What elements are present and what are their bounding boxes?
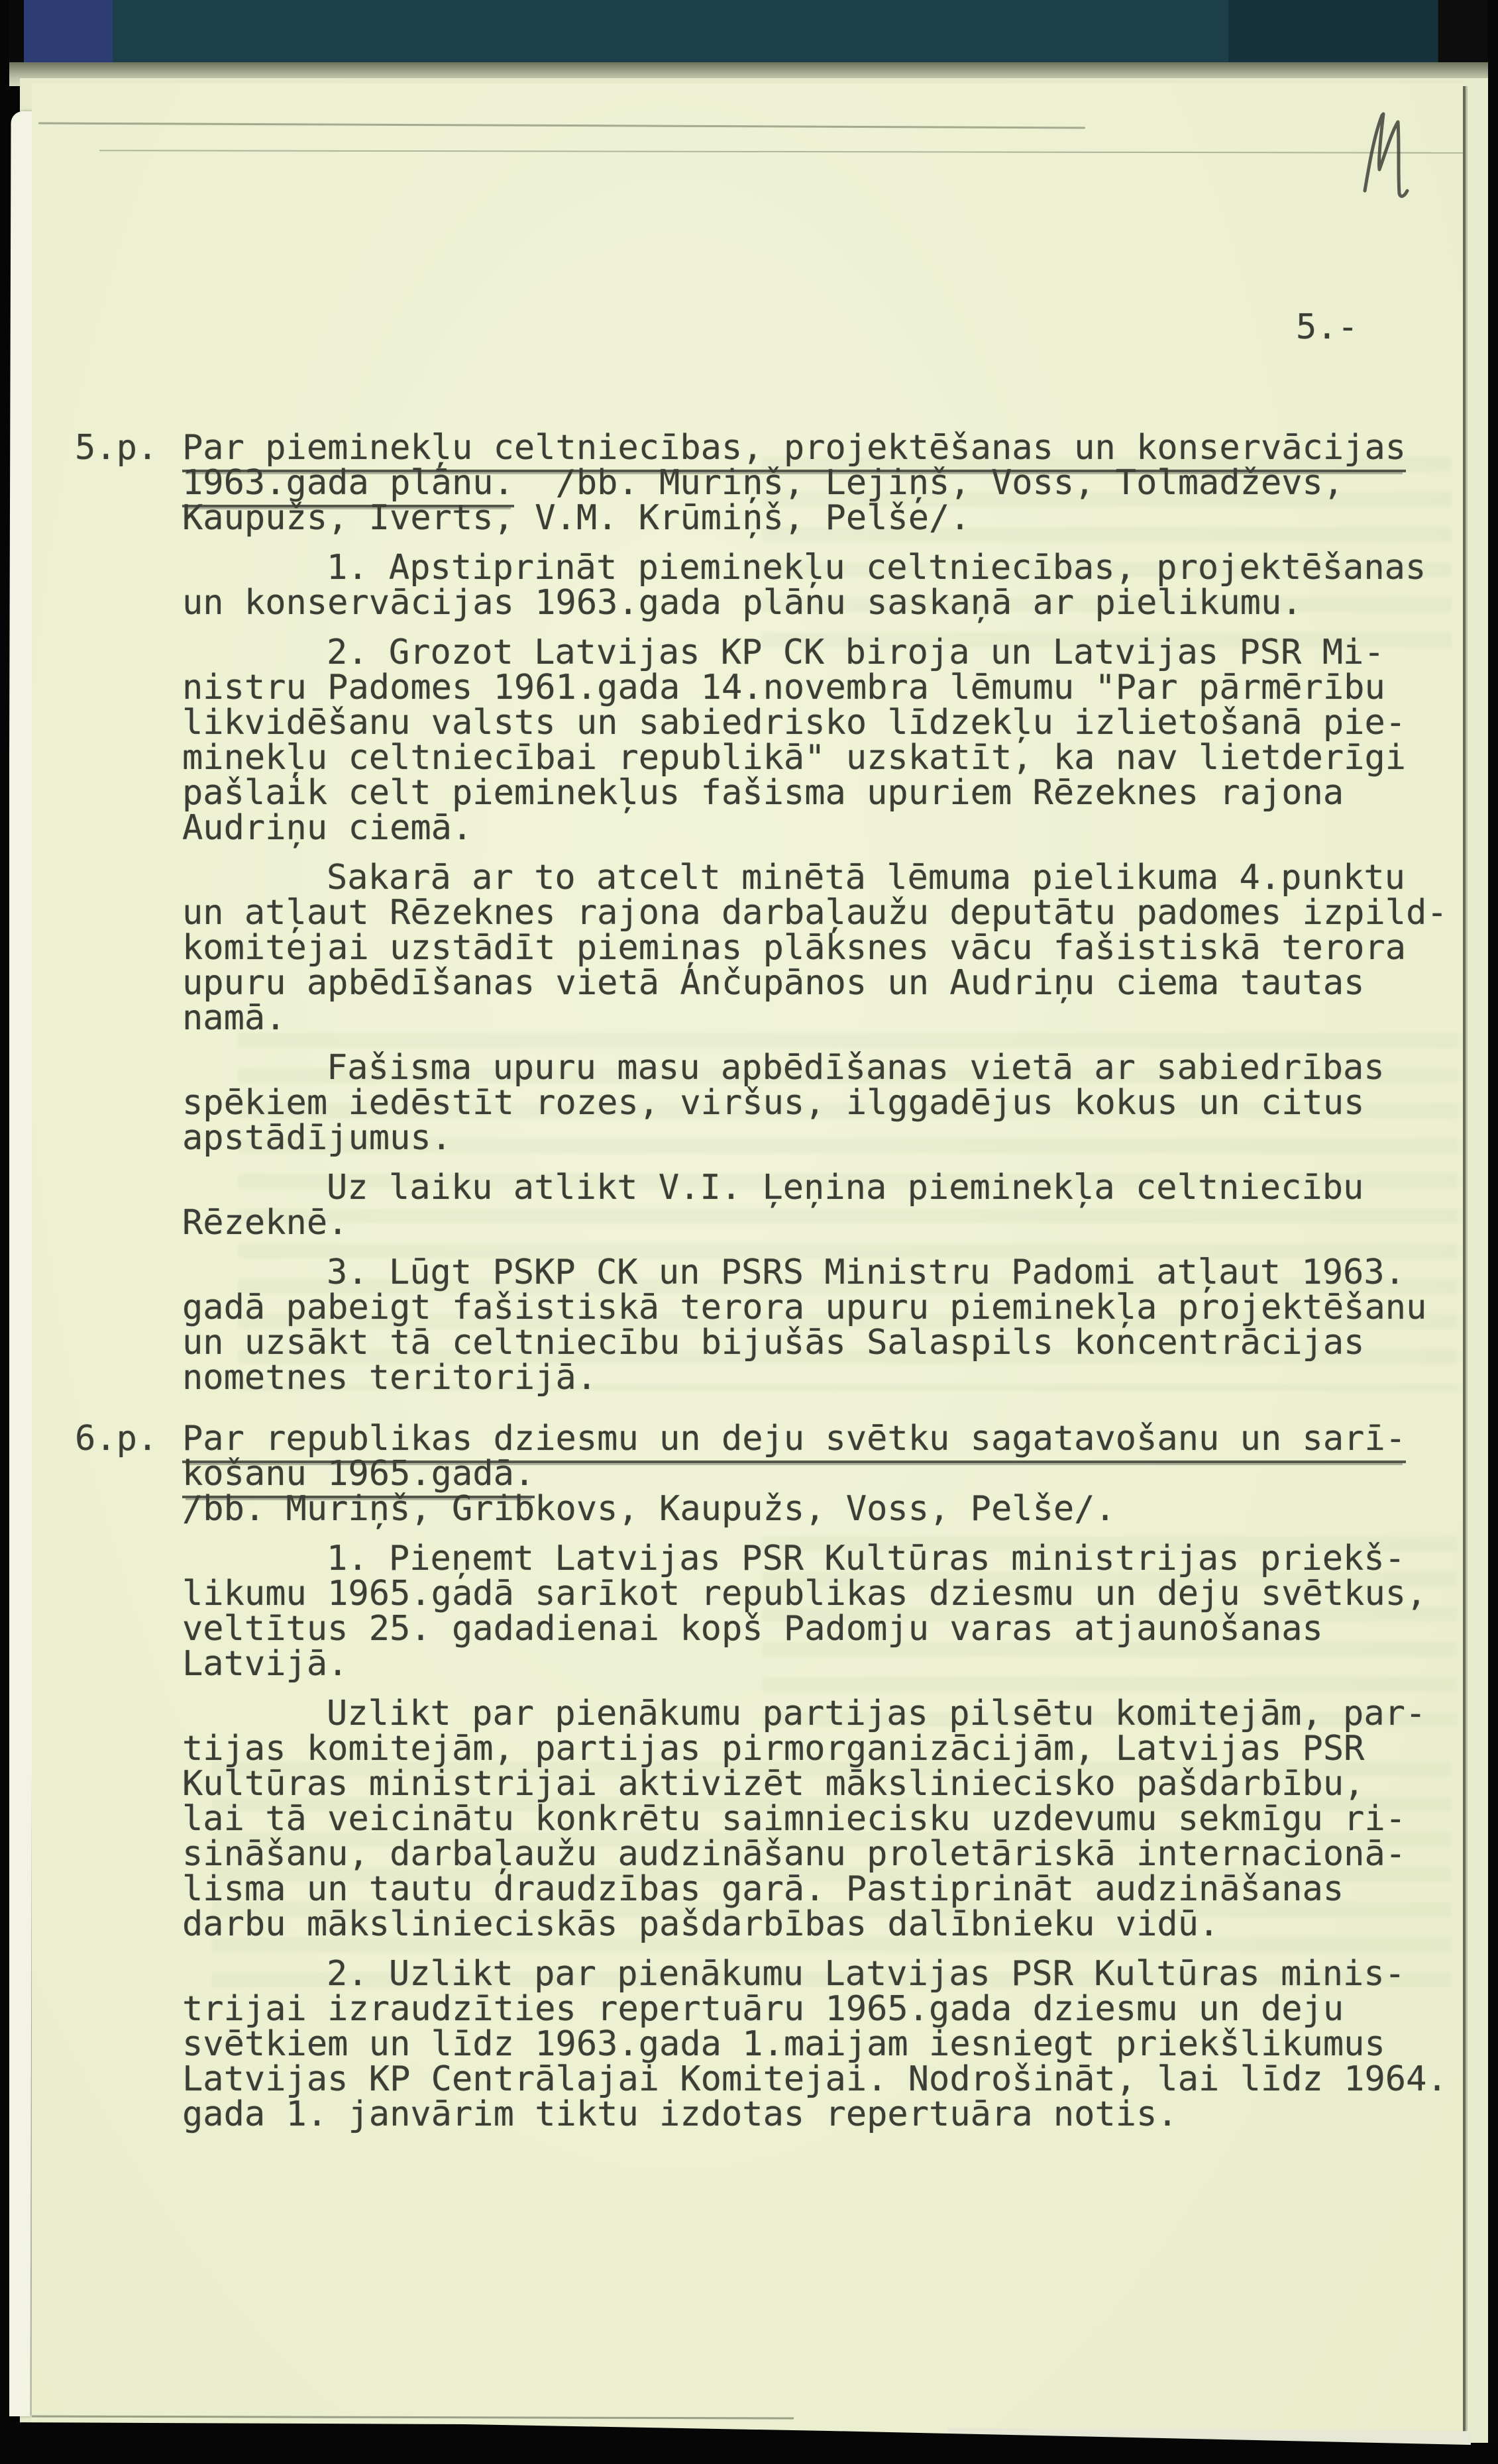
typed-line: tijas komitejām, partijas pirmorganizāci… xyxy=(182,1731,1441,1767)
right-page-edge-line xyxy=(1463,86,1466,2436)
typed-line: Uz laiku atlikt V.I. Ļeņina pieminekļa c… xyxy=(182,1170,1441,1206)
paragraph: 2. Uzlikt par pienākumu Latvijas PSR Kul… xyxy=(182,1957,1441,2132)
section-label: 6.p. xyxy=(75,1421,158,1457)
typed-line: 2. Grozot Latvijas KP CK biroja un Latvi… xyxy=(182,635,1441,670)
paragraph: 1. Apstiprināt pieminekļu celtniecības, … xyxy=(182,550,1441,621)
scanner-left-edge xyxy=(0,0,9,2464)
right-page-edge-strip xyxy=(1466,78,1489,2443)
paragraph: Uzlikt par pienākumu partijas pilsētu ko… xyxy=(182,1696,1441,1942)
paragraph: Uz laiku atlikt V.I. Ļeņina pieminekļa c… xyxy=(182,1170,1441,1241)
scanned-document-page: 5.- 5.p. Par pieminekļu celtniecības, pr… xyxy=(0,0,1498,2464)
section-title-line: Par pieminekļu celtniecības, projektēšan… xyxy=(182,431,1441,466)
typed-line: upuru apbēdīšanas vietā Ančupānos un Aud… xyxy=(182,966,1441,1001)
typed-line: likvidēšanu valsts un sabiedrisko līdzek… xyxy=(182,705,1441,741)
typed-line: svētkiem un līdz 1963.gada 1.maijam iesn… xyxy=(182,2027,1441,2062)
attendees-line: /bb. Muriņš, Gribkovs, Kaupužs, Voss, Pe… xyxy=(182,1492,1441,1527)
typed-line: 2. Uzlikt par pienākumu Latvijas PSR Kul… xyxy=(182,1957,1441,1992)
attendees-text: /bb. Muriņš, Lejiņš, Voss, Tolmadževs, xyxy=(514,463,1344,503)
paragraph: Fašisma upuru masu apbēdīšanas vietā ar … xyxy=(182,1051,1441,1156)
typed-line: 1. Apstiprināt pieminekļu celtniecības, … xyxy=(182,550,1441,586)
typed-line: gada 1. janvārim tiktu izdotas repertuār… xyxy=(182,2097,1441,2132)
typed-line: Kultūras ministrijai aktivizēt mākslinie… xyxy=(182,1767,1441,1802)
section-5p: 5.p. Par pieminekļu celtniecības, projek… xyxy=(182,431,1441,1396)
scanner-right-edge xyxy=(1488,0,1498,2464)
handwritten-mark xyxy=(1356,106,1428,212)
typed-line: Latvijā. xyxy=(182,1647,1441,1682)
scanner-top-band xyxy=(0,0,1498,62)
typed-line: Audriņu ciemā. xyxy=(182,811,1441,846)
typed-line: pašlaik celt pieminekļus fašisma upuriem… xyxy=(182,776,1441,811)
typed-line: un konservācijas 1963.gada plānu saskaņā… xyxy=(182,586,1441,621)
typed-line: likumu 1965.gadā sarīkot republikas dzie… xyxy=(182,1576,1441,1612)
typed-line: Uzlikt par pienākumu partijas pilsētu ko… xyxy=(182,1696,1441,1731)
paragraph: 3. Lūgt PSKP CK un PSRS Ministru Padomi … xyxy=(182,1255,1441,1396)
typed-line: Latvijas KP Centrālajai Komitejai. Nodro… xyxy=(182,2062,1441,2097)
typed-line: veltītus 25. gadadienai kopš Padomju var… xyxy=(182,1612,1441,1647)
section-6p: 6.p. Par republikas dziesmu un deju svēt… xyxy=(182,1421,1441,2132)
typed-line: minekļu celtniecībai republikā" uzskatīt… xyxy=(182,741,1441,776)
section-title-line: 1963.gada plānu. /bb. Muriņš, Lejiņš, Vo… xyxy=(182,466,1441,501)
typed-line: un atļaut Rēzeknes rajona darbaļaužu dep… xyxy=(182,896,1441,931)
typed-line: 3. Lūgt PSKP CK un PSRS Ministru Padomi … xyxy=(182,1255,1441,1290)
page-number: 5.- xyxy=(1296,310,1358,345)
typed-line: 1. Pieņemt Latvijas PSR Kultūras ministr… xyxy=(182,1541,1441,1576)
typed-line: spēkiem iedēstīt rozes, viršus, ilggadēj… xyxy=(182,1086,1441,1121)
paragraph: Sakarā ar to atcelt minētā lēmuma pielik… xyxy=(182,860,1441,1036)
typed-line: Rēzeknē. xyxy=(182,1206,1441,1241)
attendees-line: Kaupužs, Iverts, V.M. Krūmiņš, Pelše/. xyxy=(182,501,1441,536)
typed-line: Fašisma upuru masu apbēdīšanas vietā ar … xyxy=(182,1051,1441,1086)
typed-line: lai tā veicinātu konkrētu saimniecisku u… xyxy=(182,1802,1441,1837)
typed-line: namā. xyxy=(182,1001,1441,1036)
typed-line: sināšanu, darbaļaužu audzināšanu proletā… xyxy=(182,1837,1441,1872)
typed-line: nistru Padomes 1961.gada 14.novembra lēm… xyxy=(182,670,1441,705)
typed-line: lisma un tautu draudzības garā. Pastipri… xyxy=(182,1872,1441,1907)
typed-line: darbu mākslinieciskās pašdarbības dalībn… xyxy=(182,1907,1441,1942)
paragraph: 2. Grozot Latvijas KP CK biroja un Latvi… xyxy=(182,635,1441,846)
section-label: 5.p. xyxy=(75,431,158,466)
paragraph: 1. Pieņemt Latvijas PSR Kultūras ministr… xyxy=(182,1541,1441,1682)
typed-line: trijai izraudzīties repertuāru 1965.gada… xyxy=(182,1992,1441,2027)
typed-line: Sakarā ar to atcelt minētā lēmuma pielik… xyxy=(182,860,1441,896)
typed-line: apstādījumus. xyxy=(182,1121,1441,1156)
section-title-line: Par republikas dziesmu un deju svētku sa… xyxy=(182,1421,1441,1457)
typed-line: gadā pabeigt fašistiskā terora upuru pie… xyxy=(182,1290,1441,1325)
typed-line: un uzsākt tā celtniecību bijušās Salaspi… xyxy=(182,1325,1441,1360)
typed-line: nometnes teritorijā. xyxy=(182,1360,1441,1396)
typed-line: komitejai uzstādīt piemiņas plāksnes vāc… xyxy=(182,931,1441,966)
